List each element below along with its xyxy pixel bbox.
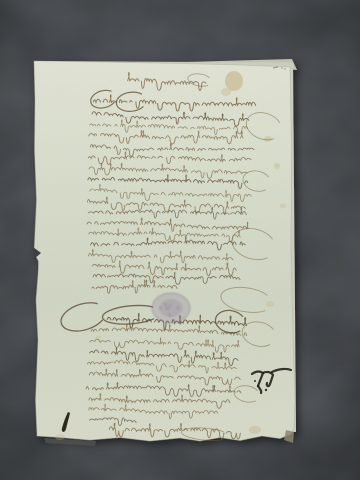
stamp-speckle: [165, 307, 169, 311]
foxing-stain: [55, 434, 65, 440]
ink-dot: [254, 380, 256, 382]
stamp-speckle: [168, 314, 172, 318]
manuscript-photo: [0, 0, 360, 480]
ink-dot: [265, 389, 267, 391]
stamp-speckle: [159, 306, 162, 309]
page-corner-dot: [281, 67, 282, 68]
page-corner-dot: [284, 68, 285, 69]
foxing-stain: [264, 136, 272, 142]
stamp-speckle: [164, 303, 168, 307]
foxing-stain: [249, 426, 261, 434]
foxing-stain: [225, 71, 243, 91]
foxing-stain: [221, 88, 231, 96]
foxing-stain: [274, 163, 280, 169]
stamp-speckle: [170, 303, 172, 305]
photo-stage: [0, 0, 360, 480]
stamp-speckle: [176, 306, 180, 310]
foxing-stain: [266, 301, 274, 307]
foxing-stain: [280, 204, 286, 209]
ink-stamp: [152, 293, 190, 323]
